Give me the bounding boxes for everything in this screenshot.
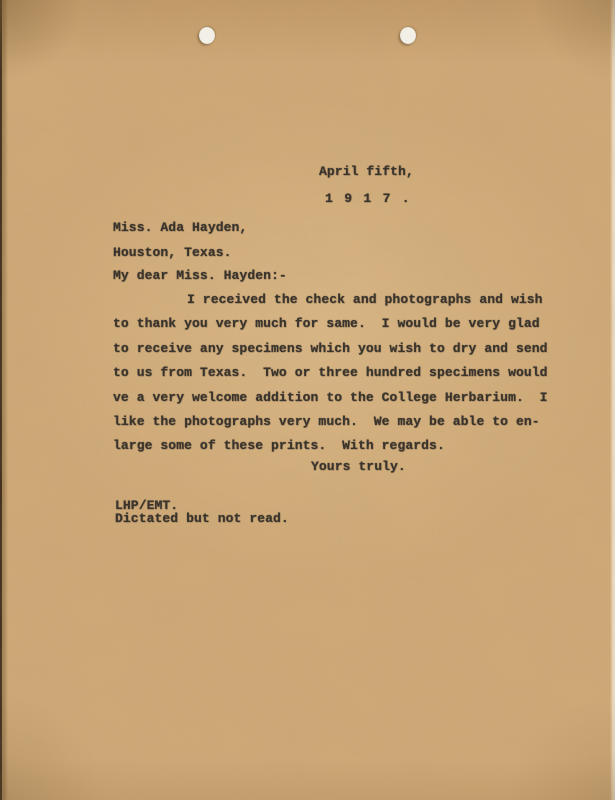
body-line: like the photographs very much. We may b… bbox=[113, 410, 563, 434]
recipient-city: Houston, Texas. bbox=[113, 245, 232, 261]
date-line-month: April fifth, bbox=[319, 164, 414, 180]
closing-salutation: Yours truly. bbox=[311, 459, 406, 475]
body-line: ve a very welcome addition to the Colleg… bbox=[113, 386, 563, 410]
body-line: I received the check and photographs and… bbox=[113, 288, 563, 312]
letter-body: I received the check and photographs and… bbox=[113, 288, 563, 459]
recipient-name: Miss. Ada Hayden, bbox=[113, 220, 247, 236]
punch-hole-left bbox=[199, 27, 215, 44]
body-line: large some of these prints. With regards… bbox=[113, 434, 563, 458]
body-line: to thank you very much for same. I would… bbox=[113, 312, 563, 336]
punch-hole-right bbox=[400, 27, 416, 44]
body-line: to us from Texas. Two or three hundred s… bbox=[113, 361, 563, 385]
dictation-note: Dictated but not read. bbox=[115, 511, 289, 527]
date-line-year: 1 9 1 7 . bbox=[325, 191, 411, 207]
letter-page: April fifth, 1 9 1 7 . Miss. Ada Hayden,… bbox=[0, 0, 615, 800]
salutation: My dear Miss. Hayden:- bbox=[113, 268, 287, 284]
body-line: to receive any specimens which you wish … bbox=[113, 337, 563, 361]
